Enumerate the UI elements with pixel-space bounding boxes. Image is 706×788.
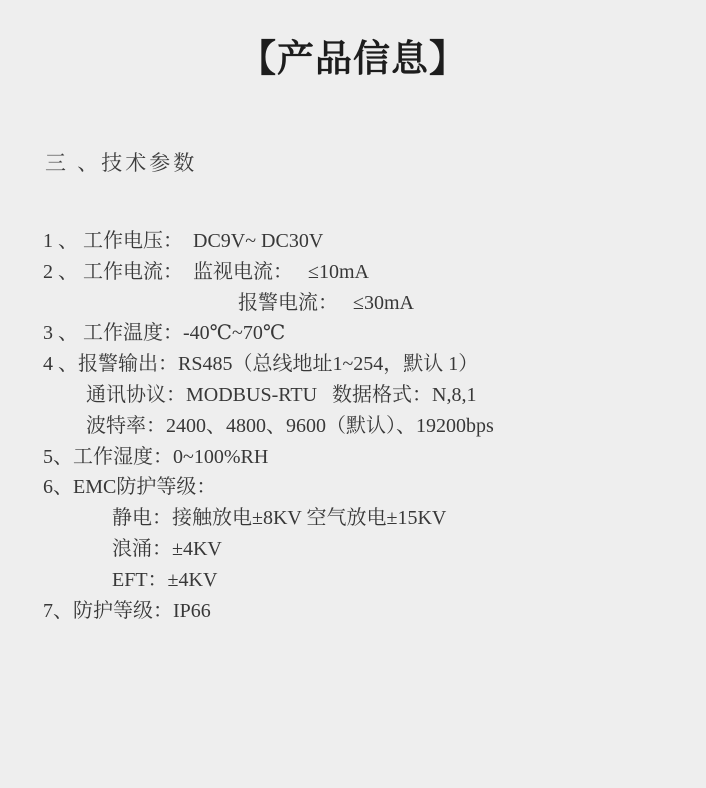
spec-line-eft: EFT：±4KV: [0, 565, 706, 596]
spec-line-surge: 浪涌：±4KV: [0, 534, 706, 565]
section-heading: 三 、技术参数: [45, 147, 197, 177]
spec-line-comm-protocol: 通讯协议：MODBUS-RTU 数据格式：N,8,1: [0, 380, 706, 411]
spec-list: 1 、 工作电压： DC9V~ DC30V 2 、 工作电流： 监视电流： ≤1…: [0, 226, 706, 626]
spec-line-working-voltage: 1 、 工作电压： DC9V~ DC30V: [0, 226, 706, 257]
spec-line-emc-protection: 6、EMC防护等级：: [0, 472, 706, 503]
spec-line-alarm-current: 报警电流： ≤30mA: [0, 288, 706, 319]
page-title: 【产品信息】: [0, 28, 706, 82]
spec-line-working-temp: 3 、 工作温度：-40℃~70℃: [0, 318, 706, 349]
spec-line-alarm-output: 4 、报警输出：RS485（总线地址1~254，默认 1）: [0, 349, 706, 380]
product-info-page: 【产品信息】 三 、技术参数 1 、 工作电压： DC9V~ DC30V 2 、…: [0, 0, 706, 788]
spec-line-baud-rate: 波特率：2400、4800、9600（默认）、19200bps: [0, 411, 706, 442]
spec-line-working-humidity: 5、工作湿度：0~100%RH: [0, 442, 706, 473]
spec-line-working-current: 2 、 工作电流： 监视电流： ≤10mA: [0, 257, 706, 288]
spec-line-ip-rating: 7、防护等级：IP66: [0, 596, 706, 627]
spec-line-static-discharge: 静电：接触放电±8KV 空气放电±15KV: [0, 503, 706, 534]
